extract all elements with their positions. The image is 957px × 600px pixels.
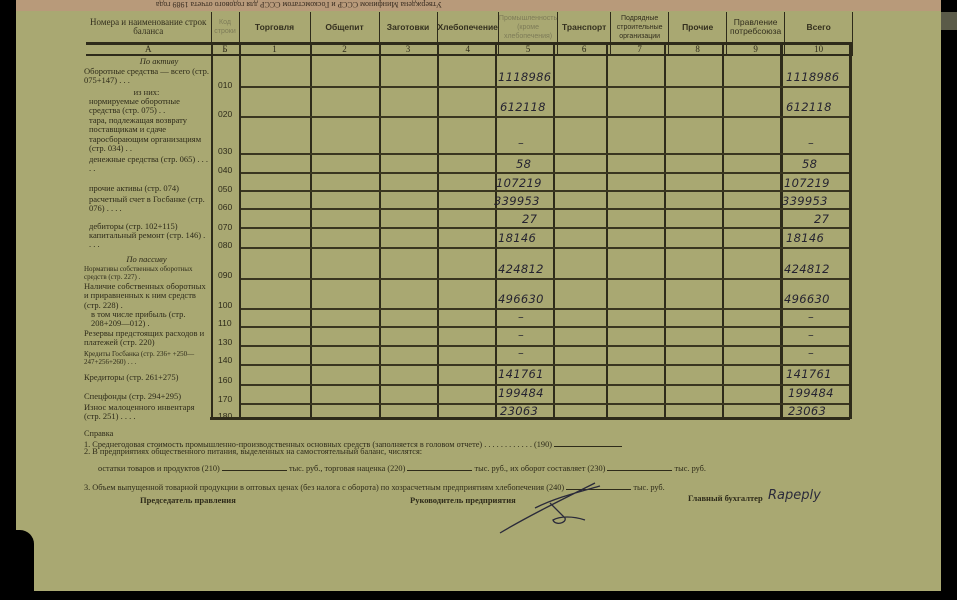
row-label-050: прочие активы (стр. 074) xyxy=(84,184,209,193)
header-total: Всего xyxy=(785,12,853,44)
row-line xyxy=(241,208,849,210)
value-010-industry: 1118986 xyxy=(498,70,551,84)
row-line xyxy=(241,364,849,366)
value-110-industry: – xyxy=(518,310,524,324)
value-100-industry: 496630 xyxy=(498,292,544,306)
field-210[interactable] xyxy=(222,462,287,471)
torn-corner xyxy=(6,530,34,600)
grid-line xyxy=(780,42,783,419)
colnum-6: 6 xyxy=(558,44,611,56)
value-060-total: 339953 xyxy=(782,194,828,208)
colnum-5: 5 xyxy=(498,44,557,56)
head-signature-icon xyxy=(495,478,605,538)
field-220[interactable] xyxy=(407,462,472,471)
value-030-industry: – xyxy=(518,136,524,150)
row-label-030: тара, подлежащая возврату поставщикам и … xyxy=(84,116,209,153)
field-190[interactable] xyxy=(554,438,622,447)
value-170-industry: 199484 xyxy=(498,386,544,400)
row-label-140: Кредиты Госбанка (стр. 236+ +250—247+256… xyxy=(84,350,209,366)
row-line xyxy=(241,172,849,174)
row-code: 060 xyxy=(218,202,232,212)
grid-line xyxy=(553,42,555,419)
row-code: 080 xyxy=(218,240,232,250)
row-label-170: Спецфонды (стр. 294+295) xyxy=(84,392,209,401)
value-180-industry: 23063 xyxy=(500,404,538,418)
row-label-060: расчетный счет в Госбанке (стр. 076) . .… xyxy=(84,195,209,214)
header-transport: Транспорт xyxy=(558,12,611,44)
header-row-names: Номера и наименование строк баланса xyxy=(86,12,211,44)
value-170-total: 199484 xyxy=(788,386,834,400)
row-label-160: Кредиторы (стр. 261+275) xyxy=(84,373,209,382)
row-line xyxy=(241,190,849,192)
row-label-130: Резервы предстоящих расходов и платежей … xyxy=(84,329,209,348)
header-industry: Промышленность (кроме хлебопечения) xyxy=(498,12,557,44)
field-230[interactable] xyxy=(607,462,672,471)
value-040-total: 58 xyxy=(802,157,817,171)
value-020-total: 612118 xyxy=(786,100,832,114)
row-code: 140 xyxy=(218,355,232,365)
value-070-industry: 27 xyxy=(522,212,537,226)
value-130-industry: – xyxy=(518,328,524,342)
colnum-a: А xyxy=(86,44,211,56)
section-assets: По активу xyxy=(84,57,234,66)
row-label-180: Износ малоценного инвентаря (стр. 251) .… xyxy=(84,403,209,422)
value-030-total: – xyxy=(808,136,814,150)
header-board: Правление потребсоюза xyxy=(727,12,785,44)
header-trade: Торговля xyxy=(239,12,310,44)
row-code: 010 xyxy=(218,80,232,90)
grid-line xyxy=(722,42,724,419)
value-110-total: – xyxy=(808,310,814,324)
value-160-total: 141761 xyxy=(786,367,832,381)
row-code: 110 xyxy=(218,318,232,328)
footer-title: Справка xyxy=(84,429,113,438)
header-construction: Подрядные строительные организации xyxy=(611,12,669,44)
row-label-100: Наличие собственных оборотных и приравне… xyxy=(84,282,209,310)
row-label-040: денежные средства (стр. 065) . . . . . xyxy=(84,155,209,174)
row-line xyxy=(241,153,849,155)
row-code: 130 xyxy=(218,337,232,347)
row-code: 050 xyxy=(218,184,232,194)
value-050-total: 107219 xyxy=(784,176,830,190)
footer-line-3c: тыс. руб., их оборот составляет (230) xyxy=(475,464,606,473)
value-040-industry: 58 xyxy=(516,157,531,171)
row-label-090: Нормативы собственных оборотных средств … xyxy=(84,265,209,281)
value-070-total: 27 xyxy=(814,212,829,226)
value-180-total: 23063 xyxy=(788,404,826,418)
value-080-total: 18146 xyxy=(786,231,824,245)
value-160-industry: 141761 xyxy=(498,367,544,381)
row-code: 100 xyxy=(218,300,232,310)
row-line xyxy=(241,308,849,310)
grid-line xyxy=(606,42,608,419)
row-code: 180 xyxy=(218,411,232,421)
row-line xyxy=(241,278,849,280)
value-020-industry: 612118 xyxy=(500,100,546,114)
header-procurement: Заготовки xyxy=(379,12,437,44)
header-catering: Общепит xyxy=(310,12,379,44)
value-090-total: 424812 xyxy=(784,262,830,276)
colnum-b: Б xyxy=(211,44,239,56)
row-code: 020 xyxy=(218,109,232,119)
grid-line xyxy=(437,42,439,419)
accountant-signature: Rapeply xyxy=(768,488,821,503)
colnum-4: 4 xyxy=(437,44,498,56)
colnum-3: 3 xyxy=(379,44,437,56)
value-010-total: 1118986 xyxy=(786,70,839,84)
section-liabilities: По пассиву xyxy=(84,255,209,264)
approval-note: Утверждена Минфином СССР и Госкомстатом … xyxy=(156,0,442,9)
value-140-total: – xyxy=(808,346,814,360)
header-row-code: Код строки xyxy=(211,12,239,44)
footer-line-3a: остатки товаров и продуктов (210) xyxy=(98,464,220,473)
grid-line xyxy=(379,42,381,419)
row-line xyxy=(241,345,849,347)
row-code: 160 xyxy=(218,375,232,385)
row-line xyxy=(241,227,849,229)
row-label-010: Оборотные средства — всего (стр. 075+147… xyxy=(84,67,209,86)
footer-line-2: 2. В предприятиях общественного питания,… xyxy=(84,447,422,456)
row-label-110: в том числе прибыль (стр. 208+209—012) . xyxy=(84,310,209,329)
balance-table-header: Номера и наименование строк баланса Код … xyxy=(86,12,853,56)
row-line xyxy=(241,247,849,249)
row-code: 090 xyxy=(218,270,232,280)
colnum-2: 2 xyxy=(310,44,379,56)
chief-accountant-label: Главный бухгалтер xyxy=(688,493,763,503)
row-code: 030 xyxy=(218,146,232,156)
row-code: 170 xyxy=(218,394,232,404)
grid-line xyxy=(211,42,213,419)
grid-line xyxy=(495,42,497,419)
footer-line-4b: тыс. руб. xyxy=(633,483,664,492)
footer-line-4a: 3. Объем выпущенной товарной продукции в… xyxy=(84,483,564,492)
value-090-industry: 424812 xyxy=(498,262,544,276)
colnum-8: 8 xyxy=(669,44,727,56)
header-other: Прочие xyxy=(669,12,727,44)
row-label-080: капитальный ремонт (стр. 146) . . . . xyxy=(84,231,209,250)
row-code: 070 xyxy=(218,222,232,232)
row-line xyxy=(241,86,849,88)
grid-line xyxy=(239,42,241,419)
footer-line-3b: тыс. руб., торговая наценка (220) xyxy=(289,464,405,473)
grid-line xyxy=(664,42,666,419)
footer-line-3d: тыс. руб. xyxy=(675,464,706,473)
value-080-industry: 18146 xyxy=(498,231,536,245)
grid-line xyxy=(849,42,852,419)
colnum-9: 9 xyxy=(727,44,785,56)
colnum-10: 10 xyxy=(785,44,853,56)
row-code: 040 xyxy=(218,165,232,175)
grid-line xyxy=(310,42,312,419)
row-line xyxy=(241,116,849,118)
value-060-industry: 339953 xyxy=(494,194,540,208)
header-bakery: Хлебопечение xyxy=(437,12,498,44)
chairman-label: Председатель правления xyxy=(140,495,236,505)
value-140-industry: – xyxy=(518,346,524,360)
value-130-total: – xyxy=(808,328,814,342)
row-line xyxy=(241,403,849,405)
row-label-020: нормируемые оборотные средства (стр. 075… xyxy=(84,97,209,116)
row-line xyxy=(241,384,849,386)
value-100-total: 496630 xyxy=(784,292,830,306)
colnum-1: 1 xyxy=(239,44,310,56)
value-050-industry: 107219 xyxy=(496,176,542,190)
colnum-7: 7 xyxy=(611,44,669,56)
footer-line-3: остатки товаров и продуктов (210) тыс. р… xyxy=(98,462,706,473)
row-line xyxy=(241,326,849,328)
